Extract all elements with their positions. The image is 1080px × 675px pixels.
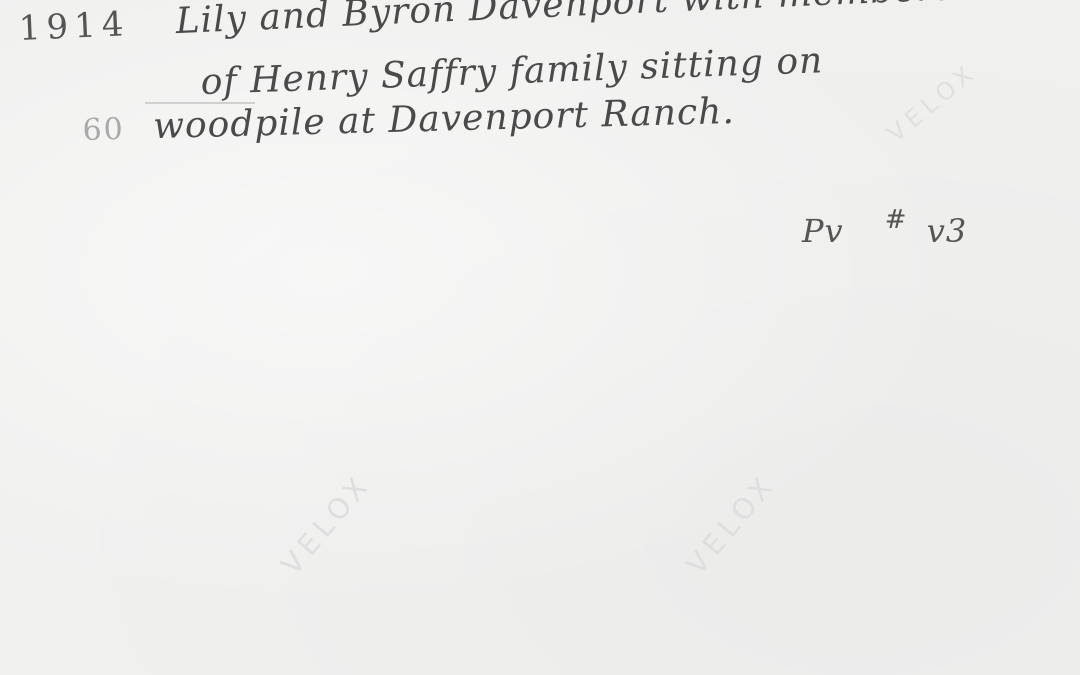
margin-mark: 60: [82, 112, 125, 148]
caption-year: 1914: [18, 4, 130, 49]
catalog-number: Pv # v3: [802, 212, 967, 250]
catalog-prefix: Pv: [802, 212, 844, 250]
catalog-number-value: v3: [927, 212, 967, 250]
catalog-hash: #: [885, 205, 908, 235]
